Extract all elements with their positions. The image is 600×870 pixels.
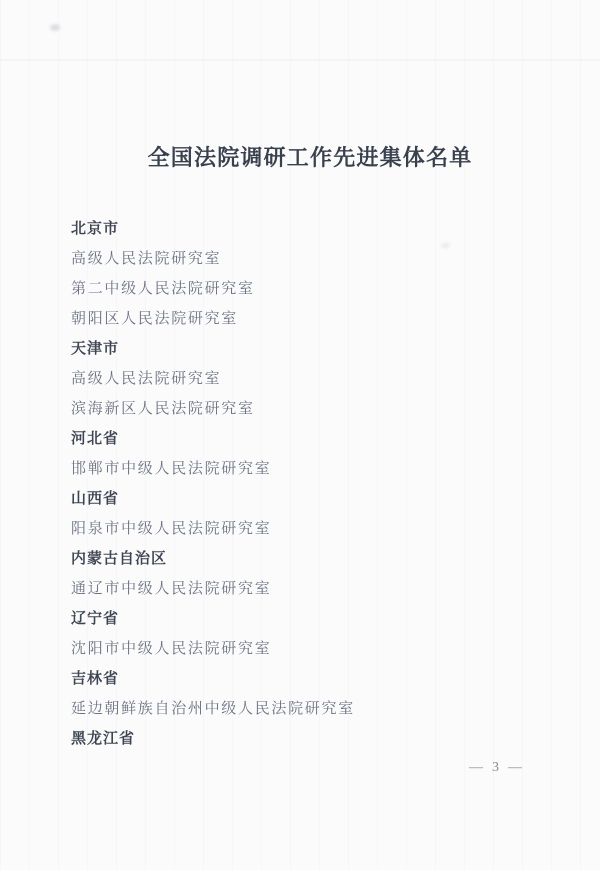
list-item: 高级人民法院研究室 xyxy=(71,362,570,392)
list-item: 第二中级人民法院研究室 xyxy=(71,272,570,302)
region-header: 山西省 xyxy=(71,482,570,512)
footer-dash-left: — xyxy=(469,760,483,776)
region-header: 吉林省 xyxy=(71,662,570,692)
document-page: 全国法院调研工作先进集体名单 北京市高级人民法院研究室第二中级人民法院研究室朝阳… xyxy=(0,0,600,870)
region-header: 内蒙古自治区 xyxy=(71,542,570,572)
name-list: 北京市高级人民法院研究室第二中级人民法院研究室朝阳区人民法院研究室天津市高级人民… xyxy=(71,212,570,752)
list-item: 邯郸市中级人民法院研究室 xyxy=(71,452,570,482)
region-header: 北京市 xyxy=(71,212,570,242)
region-header: 河北省 xyxy=(71,422,570,452)
page-footer: — 3 — xyxy=(469,760,522,776)
list-item: 高级人民法院研究室 xyxy=(71,242,570,272)
list-item: 沈阳市中级人民法院研究室 xyxy=(71,632,570,662)
document-title: 全国法院调研工作先进集体名单 xyxy=(20,141,600,172)
list-item: 通辽市中级人民法院研究室 xyxy=(71,572,570,602)
list-item: 阳泉市中级人民法院研究室 xyxy=(71,512,570,542)
footer-dash-right: — xyxy=(508,760,522,776)
scan-smudge xyxy=(50,24,60,31)
list-item: 朝阳区人民法院研究室 xyxy=(71,302,570,332)
list-item: 延边朝鲜族自治州中级人民法院研究室 xyxy=(71,692,570,722)
region-header: 辽宁省 xyxy=(71,602,570,632)
list-item: 滨海新区人民法院研究室 xyxy=(71,392,570,422)
region-header: 黑龙江省 xyxy=(71,722,570,752)
region-header: 天津市 xyxy=(71,332,570,362)
page-number: 3 xyxy=(492,760,499,776)
